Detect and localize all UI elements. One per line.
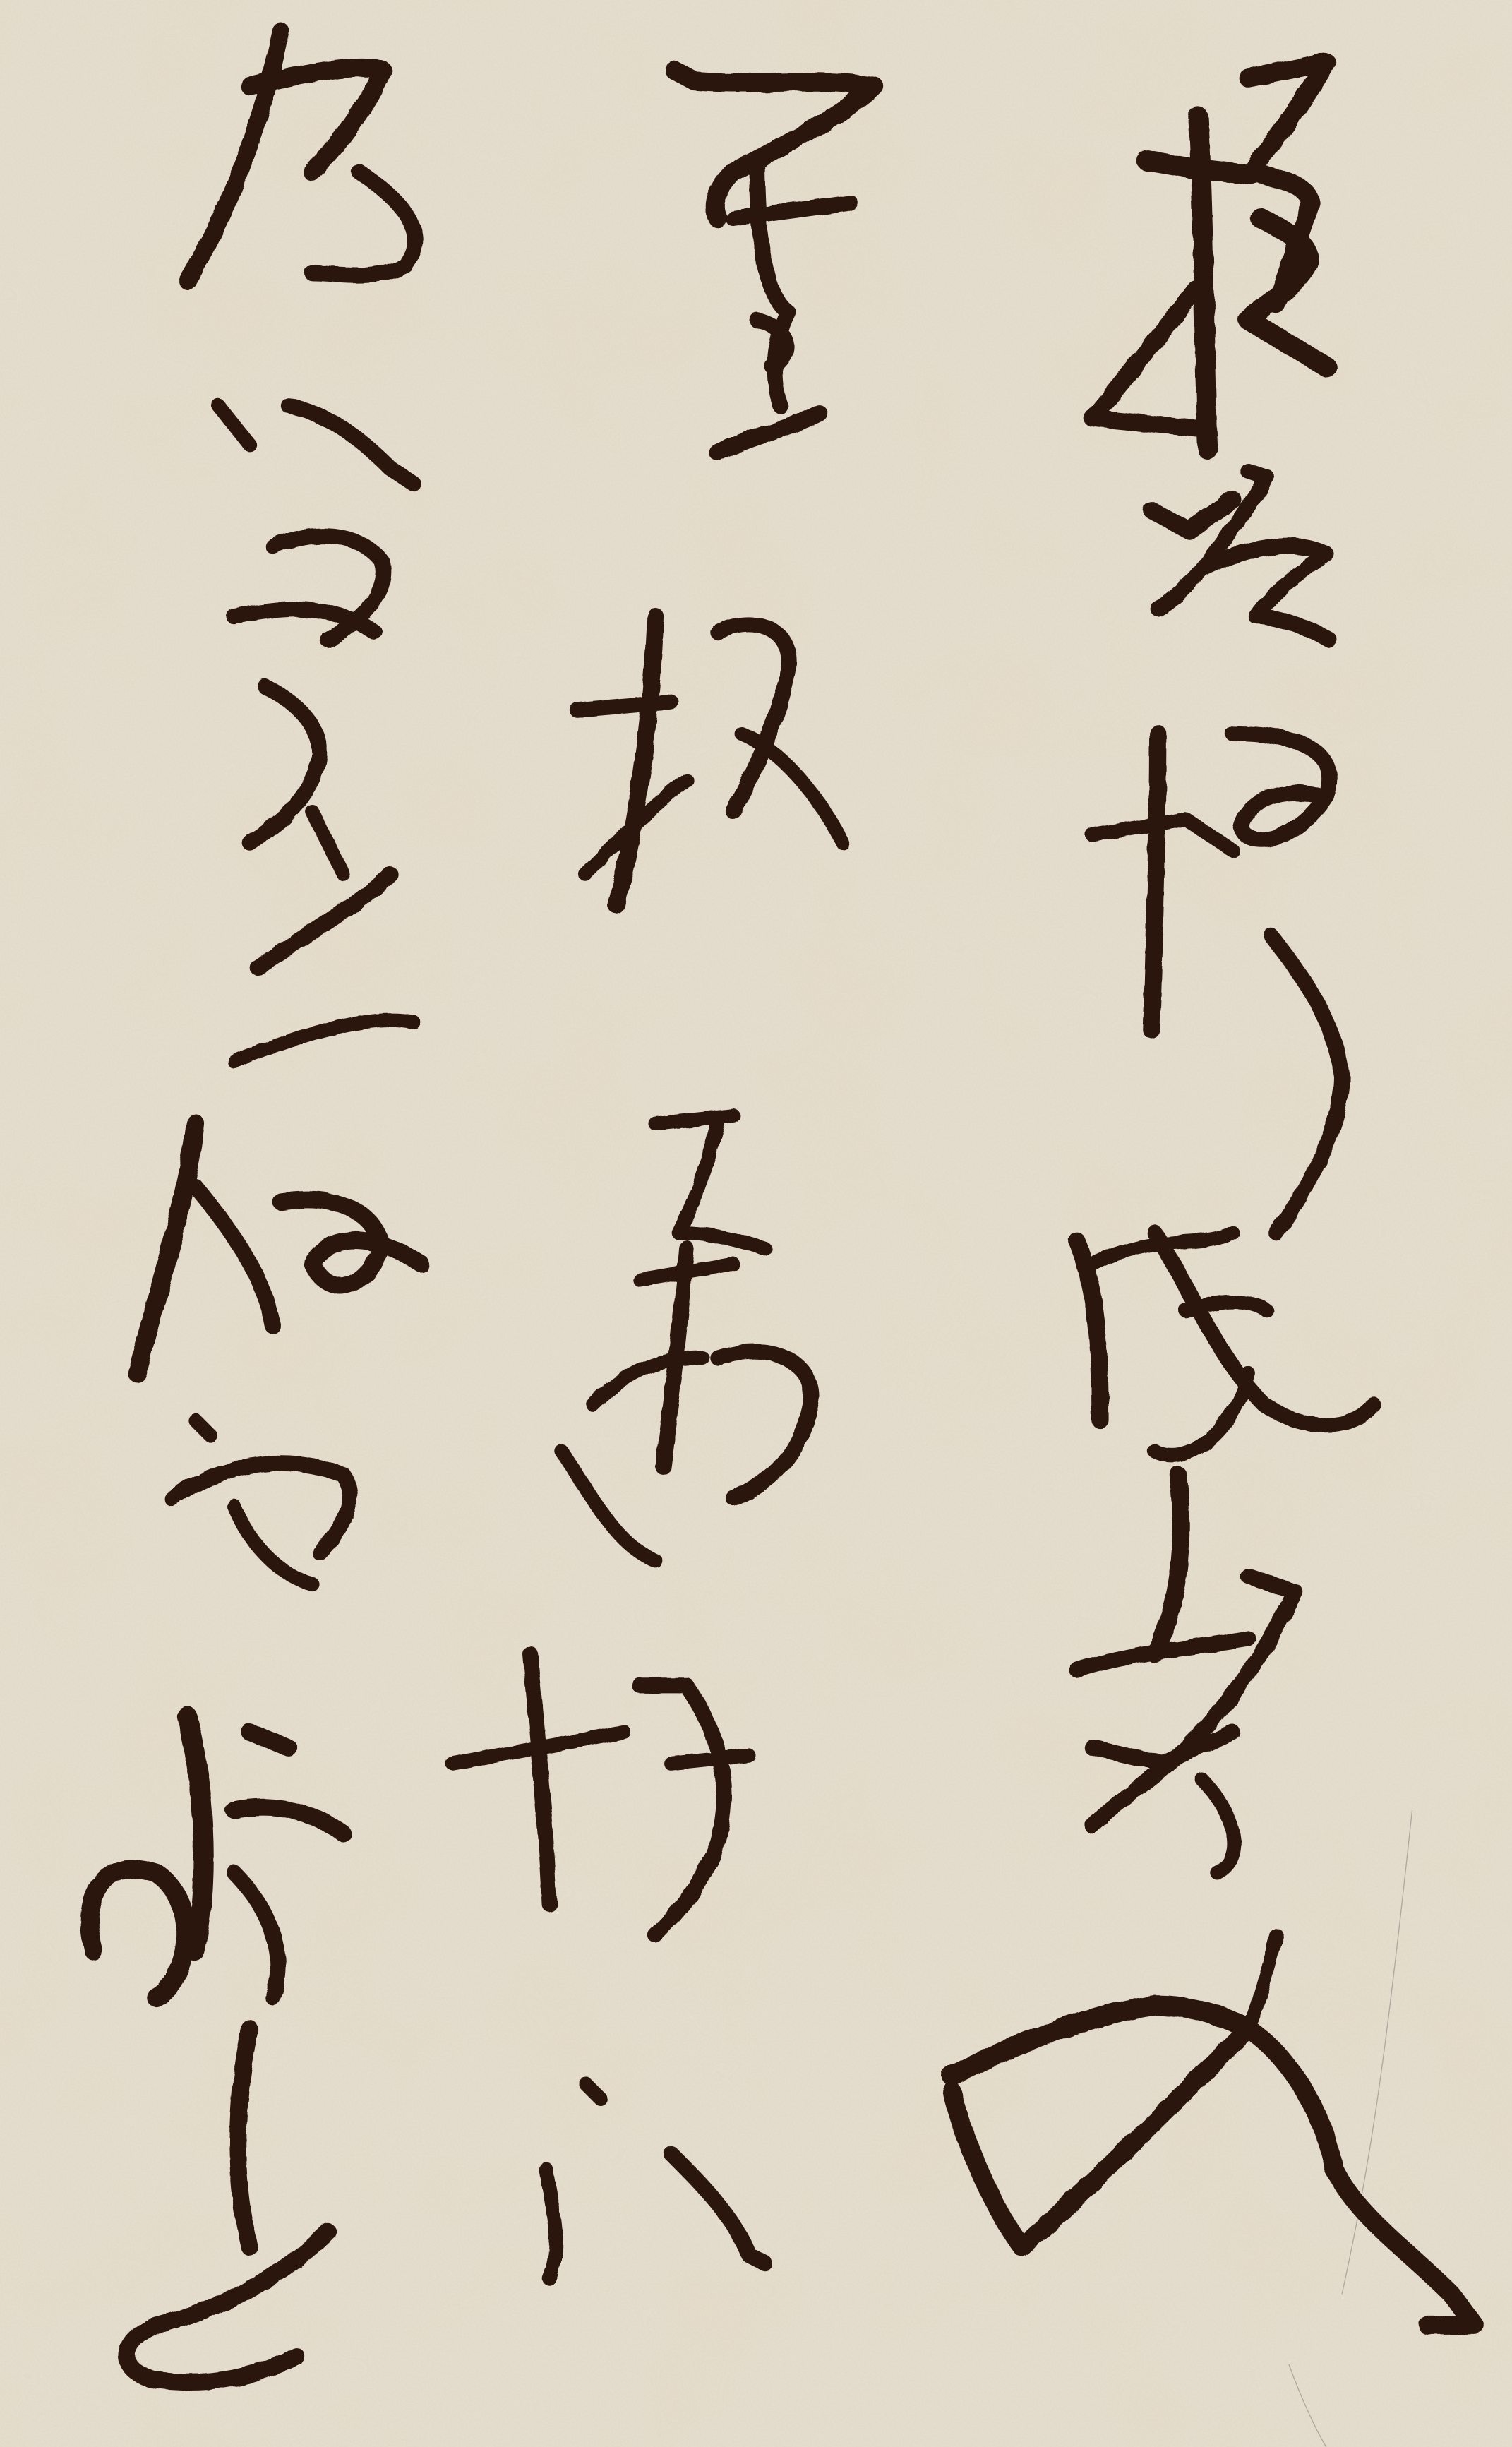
calligraphy-artwork (0, 0, 1512, 2447)
